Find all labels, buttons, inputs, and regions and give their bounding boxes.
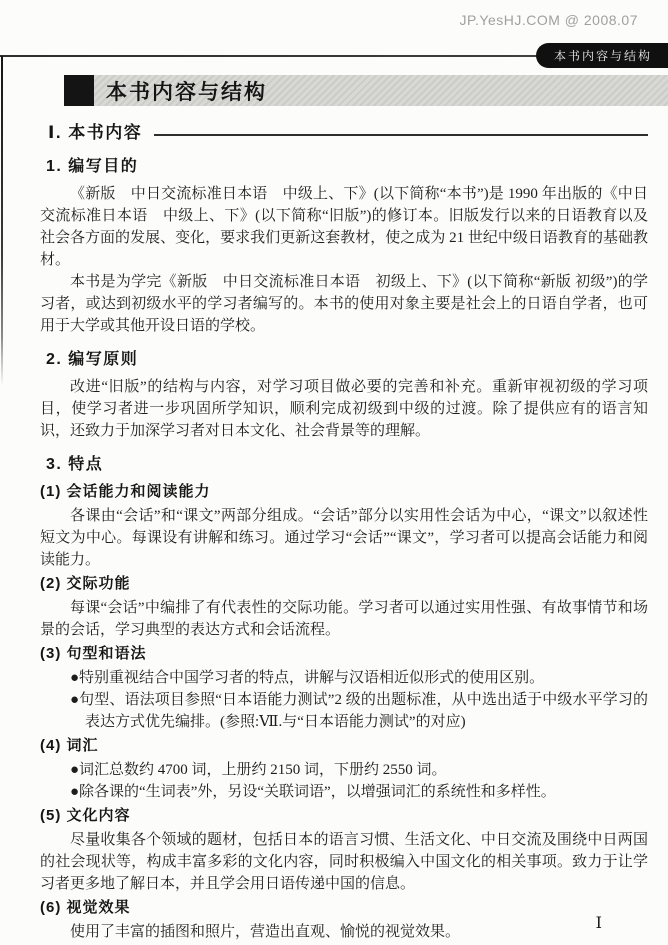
page-number: Ⅰ xyxy=(596,913,602,933)
paragraph: 改进“旧版”的结构与内容，对学习项目做必要的完善和补充。重新审视初级的学习项目，… xyxy=(40,376,648,442)
bullet-item: ●词汇总数约 4700 词，上册约 2150 词，下册约 2550 词。 xyxy=(40,759,648,781)
section-heading: Ⅰ. 本书内容 xyxy=(48,122,142,144)
feature-heading: (6) 视觉效果 xyxy=(40,897,648,919)
feature-heading: (4) 词汇 xyxy=(40,735,648,757)
paragraph: 尽量收集各个领域的题材，包括日本的语言习惯、生活文化、中日交流及围绕中日两国的社… xyxy=(40,829,648,895)
paragraph: 本书是为学完《新版 中日交流标准日本语 初级上、下》(以下简称“新版 初级”)的… xyxy=(40,271,648,337)
feature-heading: (3) 句型和语法 xyxy=(40,643,648,665)
feature-heading: (1) 会话能力和阅读能力 xyxy=(40,481,648,503)
corner-tab: 本书内容与结构 xyxy=(536,43,668,68)
sub-section-heading: 2. 编写原则 xyxy=(46,349,648,371)
chapter-marker-square-icon xyxy=(64,75,94,106)
page: JP.YesHJ.COM @ 2008.07 本书内容与结构 本书内容与结构 Ⅰ… xyxy=(0,0,668,945)
sub-section-heading: 3. 特点 xyxy=(46,454,648,476)
paragraph: 使用了丰富的插图和照片，营造出直观、愉悦的视觉效果。 xyxy=(40,921,648,943)
paragraph: 《新版 中日交流标准日本语 中级上、下》(以下简称“本书”)是 1990 年出版… xyxy=(40,183,648,271)
page-edge-scan-line xyxy=(1,56,3,386)
watermark: JP.YesHJ.COM @ 2008.07 xyxy=(459,12,638,28)
bullet-item: ●除各课的“生词表”外，另设“关联词语”，以增强词汇的系统性和多样性。 xyxy=(40,781,648,803)
section-heading-row: Ⅰ. 本书内容 xyxy=(48,122,648,144)
feature-heading: (5) 文化内容 xyxy=(40,805,648,827)
paragraph: 每课“会话”中编排了有代表性的交际功能。学习者可以通过实用性强、有故事情节和场景… xyxy=(40,597,648,641)
section-heading-rule xyxy=(154,134,648,136)
content: Ⅰ. 本书内容 1. 编写目的《新版 中日交流标准日本语 中级上、下》(以下简称… xyxy=(40,110,648,943)
chapter-title-bar: 本书内容与结构 xyxy=(64,75,668,106)
bullet-item: ●句型、语法项目参照“日本语能力测试”2 级的出题标准，从中选出适于中级水平学习… xyxy=(40,689,648,733)
paragraph: 各课由“会话”和“课文”两部分组成。“会话”部分以实用性会话为中心，“课文”以叙… xyxy=(40,505,648,571)
feature-heading: (2) 交际功能 xyxy=(40,573,648,595)
corner-tab-label: 本书内容与结构 xyxy=(554,47,652,64)
sub-section-heading: 1. 编写目的 xyxy=(46,156,648,178)
bullet-item: ●特别重视结合中国学习者的特点，讲解与汉语相近似形式的使用区别。 xyxy=(40,667,648,689)
chapter-title: 本书内容与结构 xyxy=(106,76,267,106)
